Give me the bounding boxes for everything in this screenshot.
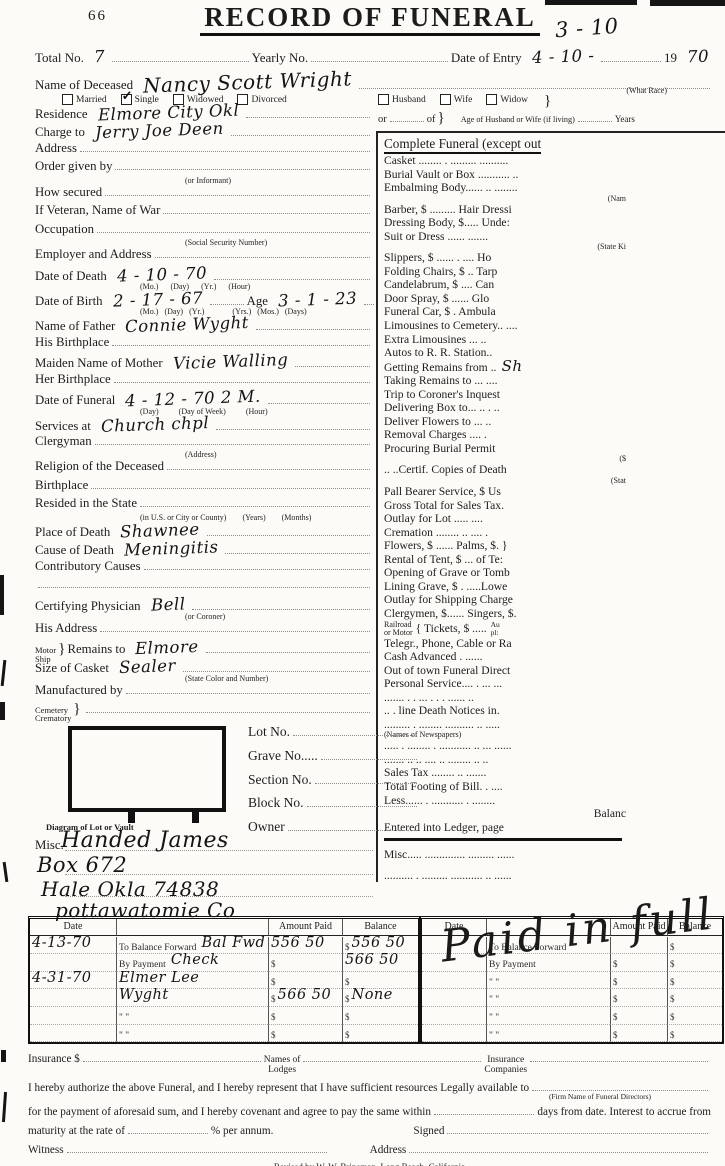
field-row: MotorShip}Remains toElmore [35, 638, 373, 656]
field-label: Size of Casket [35, 661, 109, 676]
table-cell: $ [268, 1007, 342, 1025]
dollar-sign: $ [670, 1030, 675, 1040]
insurance-line: Insurance $ Names of Lodges Insurance Co… [28, 1052, 711, 1076]
right-item: Pall Bearer Service, $ Us [384, 485, 626, 499]
dotted-leader [183, 660, 370, 672]
field-row: Clergyman [35, 433, 373, 451]
dotted-leader [100, 620, 370, 632]
date-of-entry-value-handwritten: 4 - 10 - [531, 46, 594, 67]
right-item: Getting Remains from .. Sh [384, 360, 626, 375]
yearly-no-label: Yearly No. [252, 50, 308, 66]
checkbox-label: Widow [500, 95, 528, 105]
right-item: ($ [384, 455, 662, 463]
handwritten-amount: 556 50 [271, 935, 325, 951]
table-cell [422, 972, 486, 990]
table-cell: $ [268, 1025, 342, 1043]
legal-text-1: I hereby authorize the above Funeral, an… [28, 1082, 529, 1094]
form-field: Certifying PhysicianBell(or Coroner) [35, 595, 373, 620]
scan-artifact [3, 862, 9, 882]
witness-line: Witness Address [28, 1143, 711, 1157]
checkmark-icon: ✓ [122, 88, 133, 104]
table-cell: $ [610, 972, 667, 990]
authorization-footer: Insurance $ Names of Lodges Insurance Co… [28, 1046, 711, 1166]
legal-text-3b: % per annum. [211, 1125, 273, 1137]
form-field: Manufactured by [35, 682, 373, 700]
field-label: Block No. [248, 795, 304, 811]
dotted-leader [115, 158, 370, 170]
right-item: Total Footing of Bill. . .... [384, 780, 626, 794]
field-row: Manufactured by [35, 682, 373, 700]
scan-artifact [1, 1050, 6, 1062]
field-label: Contributory Causes [35, 559, 141, 574]
form-field: Her Birthplace [35, 371, 373, 389]
page-title: RECORD OF FUNERAL [160, 2, 580, 33]
right-item: Trip to Coroner's Inquest [384, 388, 626, 402]
handwritten-top-note: 3 - 10 [554, 14, 619, 42]
right-item-text: { Tickets, $ ..... [416, 622, 487, 636]
dotted-leader [105, 184, 370, 196]
checkbox-option: Wife [440, 94, 473, 105]
dotted-leader [192, 598, 370, 610]
field-row: How secured [35, 184, 373, 202]
table-cell [422, 1025, 486, 1043]
right-item: Autos to R. R. Station.. [384, 346, 626, 360]
field-stack-label: Crematory [35, 714, 71, 723]
form-field: Clergyman(Address) [35, 433, 373, 458]
form-field: Place of DeathShawnee [35, 521, 373, 539]
dollar-sign: $ [613, 1012, 618, 1022]
dotted-leader [210, 293, 244, 305]
address-label: Address [370, 1144, 407, 1156]
form-field: Charge toJerry Joe Deen [35, 121, 373, 139]
field-row [35, 576, 373, 594]
dollar-sign: $ [345, 942, 350, 952]
field-row: His Birthplace [35, 334, 373, 352]
right-item: Barber, $ ......... Hair Dressi [384, 203, 626, 217]
right-item: Clergymen, $...... Singers, $. [384, 607, 626, 621]
handwritten-date: 4-31-70 [32, 970, 91, 986]
dotted-leader [364, 293, 374, 305]
dotted-leader [434, 1105, 534, 1116]
table-cell: $ [610, 1007, 667, 1025]
legal-text-3a: maturity at the rate of [28, 1125, 125, 1137]
form-field: Order given by(or Informant) [35, 158, 373, 183]
checkbox-icon [378, 94, 389, 105]
right-item: ....... .. .. .... .. ........ .. .. [384, 753, 626, 767]
field-subcaption: (Social Security Number) [185, 239, 373, 246]
signed-label: Signed [413, 1125, 444, 1137]
printed-entry: " " [119, 1013, 129, 1023]
field-value-handwritten: Sealer [119, 656, 176, 677]
field-label: Clergyman [35, 434, 92, 449]
dotted-leader [307, 795, 418, 807]
field-label: Certifying Physician [35, 599, 141, 614]
dollar-sign: $ [613, 977, 618, 987]
right-item: Deliver Flowers to ... .. [384, 415, 626, 429]
dotted-leader [38, 576, 370, 588]
right-item: Lining Grave, $ . .....Lowe [384, 580, 626, 594]
legal-line-2: for the payment of aforesaid sum, and I … [28, 1105, 711, 1119]
field-subcaption: (or Coroner) [185, 613, 373, 620]
dotted-leader [321, 748, 417, 760]
field-label: His Birthplace [35, 335, 109, 350]
or-label: or [378, 114, 387, 125]
right-item: Funeral Car, $ . Ambula [384, 305, 626, 319]
scan-artifact [0, 575, 4, 615]
table-cell [30, 1025, 116, 1043]
printed-entry: By Payment [119, 960, 166, 970]
field-value-handwritten: 4 - 10 - 70 [116, 263, 207, 285]
checkbox-option: Husband [378, 94, 426, 105]
name-of-deceased-row: Name of Deceased Nancy Scott Wright [35, 70, 713, 94]
right-item: Cremation ........ .. .... . [384, 526, 626, 540]
form-field: Services atChurch chpl [35, 415, 373, 433]
field-row: Address [35, 140, 373, 158]
right-item: Outlay for Lot ..... .... [384, 512, 626, 526]
insurance-companies-label: Insurance Companies [484, 1055, 527, 1075]
dotted-leader [216, 418, 370, 430]
table-cell: " " [116, 1025, 268, 1043]
right-item: Cash Advanced . ...... [384, 650, 626, 664]
field-value-handwritten: Church chpl [100, 413, 209, 436]
right-item: (Stat [384, 477, 662, 485]
table-cell: $ [667, 989, 722, 1007]
field-stack: Railroador Motor [384, 621, 413, 637]
field-subcaption: (State Color and Number) [185, 675, 373, 682]
dotted-leader [268, 392, 370, 404]
dollar-sign: $ [345, 1012, 350, 1022]
field-stack-label: or Motor [384, 629, 413, 637]
dotted-leader [86, 701, 370, 713]
right-item: Casket ........ . ......... .......... [384, 154, 626, 168]
table-cell: 4-13-70 [30, 937, 116, 955]
dotted-leader [95, 433, 370, 445]
years-label: Years [615, 114, 635, 124]
payment-ledger-table-left: DateAmount PaidBalance4-13-70To Balance … [28, 916, 420, 1044]
page-number: 66 [88, 8, 107, 25]
table-cell: $None [342, 989, 418, 1007]
field-row: Occupation [35, 221, 373, 239]
form-field: Contributory Causes [35, 558, 373, 576]
right-item: .. . line Death Notices in. [384, 704, 626, 718]
dotted-leader [303, 1052, 481, 1063]
brace-glyph: } [544, 93, 551, 110]
dollar-sign: $ [670, 959, 675, 969]
form-field: Religion of the Deceased [35, 458, 373, 476]
handwritten-amount: 566 50 [278, 987, 332, 1003]
field-row: Birthplace [35, 477, 373, 495]
form-field: Size of CasketSealer(State Color and Num… [35, 657, 373, 682]
diagram-field: Grave No..... [248, 748, 420, 772]
field-row: His Address [35, 620, 373, 638]
total-no-label: Total No. [35, 50, 84, 66]
right-item: Sales Tax ........ .. ....... [384, 766, 626, 780]
printed-entry: " " [489, 978, 499, 988]
scan-artifact [650, 0, 725, 6]
dotted-leader [601, 50, 661, 62]
dotted-leader [530, 1052, 708, 1063]
field-row: Cause of DeathMeningitis [35, 539, 373, 557]
dotted-leader [97, 221, 370, 233]
field-row: Maiden Name of MotherVicie Walling [35, 352, 373, 370]
right-item: Taking Remains to ... .... [384, 374, 626, 388]
field-row: Certifying PhysicianBell [35, 595, 373, 613]
charges-column: Complete Funeral (except out Casket ....… [376, 131, 725, 882]
form-field: Occupation(Social Security Number) [35, 221, 373, 246]
field-row: CemeteryCrematory} [35, 701, 373, 719]
field-label: Lot No. [248, 724, 290, 740]
table-cell [30, 1007, 116, 1025]
handwritten-entry: Bal Fwd [196, 935, 265, 951]
field-label: Manufactured by [35, 683, 123, 698]
dotted-leader [256, 319, 370, 331]
dollar-sign: $ [613, 994, 618, 1004]
diagram-field: Lot No. [248, 724, 420, 748]
dollar-sign: $ [345, 977, 350, 987]
dotted-leader [447, 1124, 708, 1135]
dotted-leader [163, 202, 370, 214]
field-row: Date of Birth2 - 17 - 67Age3 - 1 - 23 [35, 290, 373, 308]
right-item: Embalming Body...... .. ........ [384, 181, 626, 195]
dotted-leader [128, 1124, 208, 1135]
dotted-leader [532, 1081, 708, 1092]
right-item: Procuring Burial Permit [384, 442, 626, 456]
field-label: Cause of Death [35, 543, 114, 558]
dotted-leader [214, 268, 370, 280]
page-title-text: RECORD OF FUNERAL [200, 2, 540, 36]
field-subcaption: (or Informant) [185, 177, 373, 184]
form-field: His Birthplace [35, 334, 373, 352]
dollar-sign: $ [670, 994, 675, 1004]
form-field: How secured [35, 184, 373, 202]
year-prefix: 19 [664, 50, 677, 66]
dollar-sign: $ [613, 959, 618, 969]
misc-handwritten-line: Handed James [61, 828, 229, 853]
diagram-leg [192, 808, 199, 823]
dotted-leader [288, 818, 417, 830]
field-row: Size of CasketSealer [35, 657, 373, 675]
field-row: Employer and Address [35, 246, 373, 264]
printed-entry: " " [489, 1031, 499, 1041]
dollar-sign: $ [271, 994, 276, 1004]
misc-handwritten-line: Box 672 [37, 853, 127, 877]
dotted-leader [167, 458, 370, 470]
dotted-leader [80, 140, 370, 152]
table-cell: $ [667, 972, 722, 990]
field-label: His Address [35, 621, 97, 636]
field-row: Services atChurch chpl [35, 415, 373, 433]
right-item: Limousines to Cemetery.. .... [384, 319, 626, 333]
dollar-sign: $ [345, 994, 350, 1004]
scan-artifact [2, 1092, 7, 1122]
handwritten-entry: Wyght [119, 987, 169, 1003]
form-field: Resided in the State(in U.S. or City or … [35, 495, 373, 520]
table-cell [422, 1007, 486, 1025]
dotted-leader [91, 477, 370, 489]
printed-entry: " " [489, 995, 499, 1005]
field-row: Place of DeathShawnee [35, 521, 373, 539]
handwritten-balance: 556 50 [352, 935, 406, 951]
right-item: Removal Charges .... . [384, 428, 626, 442]
dotted-leader [155, 246, 370, 258]
field-value-handwritten: Meningitis [124, 538, 219, 560]
field-label: Remains to [67, 642, 125, 657]
right-item: Burial Vault or Box ........... .. [384, 168, 626, 182]
dollar-sign: $ [670, 1012, 675, 1022]
brace-glyph: } [73, 701, 80, 718]
table-cell: 4-31-70 [30, 972, 116, 990]
field-row: Charge toJerry Joe Deen [35, 121, 373, 139]
handwritten-balance: None [352, 987, 393, 1003]
form-fields-column: ResidenceElmore City OklCharge toJerry J… [35, 103, 373, 719]
field-subcaption: (Mo.) (Day) (Yr.) (Yrs.) (Mos.) (Days) [140, 308, 373, 315]
table-cell: $ [342, 1025, 418, 1043]
field-label: Section No. [248, 772, 312, 788]
dotted-leader [293, 724, 417, 736]
table-header [116, 919, 268, 936]
misc-label: Misc. [35, 838, 64, 852]
field-label: Date of Death [35, 269, 107, 284]
field-label: Name of Father [35, 319, 115, 334]
field-label: Grave No..... [248, 748, 318, 764]
witness-label: Witness [28, 1144, 64, 1156]
right-item: ..... . ........ . ........... .. ... ..… [384, 739, 626, 753]
field-row: If Veteran, Name of War [35, 202, 373, 220]
checkbox-label: Wife [454, 95, 473, 105]
table-cell: $566 50 [268, 989, 342, 1007]
right-item: Outlay for Shipping Charge [384, 593, 626, 607]
table-cell: $ [268, 954, 342, 972]
legal-text-2b: days from date. Interest to accrue from [537, 1106, 711, 1118]
right-item: Balanc [384, 807, 652, 821]
table-cell: $ [610, 1025, 667, 1043]
field-row: Date of Death4 - 10 - 70 [35, 265, 373, 283]
field-label: Place of Death [35, 525, 110, 540]
table-cell: $ [342, 1007, 418, 1025]
right-item: (State Ki [384, 243, 662, 251]
table-cell: " " [486, 1025, 610, 1043]
field-label: Residence [35, 107, 88, 122]
age-of-spouse-note: Age of Husband or Wife (if living) [461, 115, 575, 124]
right-item: Candelabrum, $ .... Can [384, 278, 626, 292]
right-item: Misc..... .............. ......... .....… [384, 848, 626, 862]
form-field: MotorShip}Remains toElmore [35, 638, 373, 656]
right-item: Rental of Tent, $ ... of Te: [384, 553, 626, 567]
brace-glyph: } [438, 110, 445, 127]
table-cell: Wyght [116, 989, 268, 1007]
name-of-deceased-label: Name of Deceased [35, 77, 133, 93]
right-item: Suit or Dress ...... ....... [384, 230, 626, 244]
dotted-leader [206, 642, 370, 654]
form-field: Employer and Address [35, 246, 373, 264]
field-row: Date of Funeral4 - 12 - 70 2 M. [35, 389, 373, 407]
checkbox-icon [486, 94, 497, 105]
right-item: Delivering Box to... .. . .. [384, 401, 626, 415]
dollar-sign: $ [271, 1030, 276, 1040]
right-item: .......... . ......... ........... .. ..… [384, 869, 626, 883]
field-label: Employer and Address [35, 247, 152, 262]
checkbox-label: Husband [392, 95, 426, 105]
field-row: Contributory Causes [35, 558, 373, 576]
dotted-leader [112, 50, 249, 62]
scan-artifact [0, 702, 5, 720]
handwritten-date: 4-13-70 [32, 935, 91, 951]
year-value-handwritten: 70 [687, 47, 710, 67]
right-item: (Nam [384, 195, 662, 203]
lot-diagram-box [68, 726, 226, 812]
dollar-sign: $ [271, 959, 276, 969]
misc-block: Misc. Handed JamesBox 672Hale Okla 74838… [35, 838, 373, 914]
right-item: Slippers, $ ...... . .... Ho [384, 251, 626, 265]
field-label: If Veteran, Name of War [35, 203, 160, 218]
spouse-age-line: or of } Age of Husband or Wife (if livin… [378, 110, 712, 127]
right-item: Telegr., Phone, Cable or Ra [384, 637, 626, 651]
table-cell: " " [116, 1007, 268, 1025]
dotted-leader [140, 495, 370, 507]
handwritten-balance: 566 50 [345, 952, 399, 968]
lodges-label: Names of Lodges [264, 1055, 301, 1075]
form-credit: Revised by W. W. Brineman, Long Beach, C… [28, 1162, 711, 1166]
handwritten-entry: Elmer Lee [119, 970, 199, 986]
spouse-status-block: HusbandWifeWidow} or of } Age of Husband… [378, 93, 712, 127]
dotted-leader [126, 682, 370, 694]
right-item: Railroador Motor{ Tickets, $ .....Au pl: [384, 621, 626, 637]
table-cell: $ [610, 954, 667, 972]
field-row: Resided in the State [35, 495, 373, 513]
field-row: Her Birthplace [35, 371, 373, 389]
field-label: Birthplace [35, 478, 88, 493]
table-header: Amount Paid [268, 919, 342, 936]
dollar-sign: $ [271, 1012, 276, 1022]
dotted-leader [225, 542, 370, 554]
right-item: Folding Chairs, $ .. Tarp [384, 265, 626, 279]
right-item: Personal Service.... . ... ... [384, 677, 626, 691]
scan-artifact [1, 660, 7, 686]
printed-entry: " " [489, 1013, 499, 1023]
right-item: Gross Total for Sales Tax. [384, 499, 626, 513]
right-item: ......... . ........ .......... .. ..... [384, 718, 626, 732]
printed-entry: " " [119, 1031, 129, 1041]
dollar-sign: $ [345, 1030, 350, 1040]
form-field: Date of Funeral4 - 12 - 70 2 M.(Day) (Da… [35, 389, 373, 414]
table-cell: $ [667, 954, 722, 972]
dotted-leader [83, 1052, 261, 1063]
table-cell [422, 989, 486, 1007]
form-field: If Veteran, Name of War [35, 202, 373, 220]
dotted-leader [390, 112, 424, 122]
handwritten-note: Sh [496, 360, 522, 375]
field-label: Charge to [35, 125, 85, 140]
charges-heading-text: Complete Funeral (except out [384, 136, 541, 154]
entry-number-row: Total No. 7 Yearly No. Date of Entry 4 -… [35, 47, 713, 66]
diagram-field: Block No. [248, 795, 420, 819]
dollar-sign: $ [670, 977, 675, 987]
legal-line-3: maturity at the rate of % per annum. Sig… [28, 1124, 711, 1138]
dotted-leader [311, 50, 448, 62]
field-label: Religion of the Deceased [35, 459, 164, 474]
right-item: Extra Limousines ... .. [384, 333, 626, 347]
dotted-leader [112, 334, 370, 346]
field-label: Address [35, 141, 77, 156]
field-row: Order given by [35, 158, 373, 176]
field-row: Name of FatherConnie Wyght [35, 315, 373, 333]
total-no-value-handwritten: 7 [94, 47, 106, 66]
table-cell: $ [667, 1007, 722, 1025]
form-field: Date of Birth2 - 17 - 67Age3 - 1 - 23(Mo… [35, 290, 373, 315]
field-label: Order given by [35, 159, 112, 174]
charges-items: Casket ........ . ......... ..........Bu… [384, 154, 636, 882]
checkbox-option: Widow [486, 94, 528, 105]
